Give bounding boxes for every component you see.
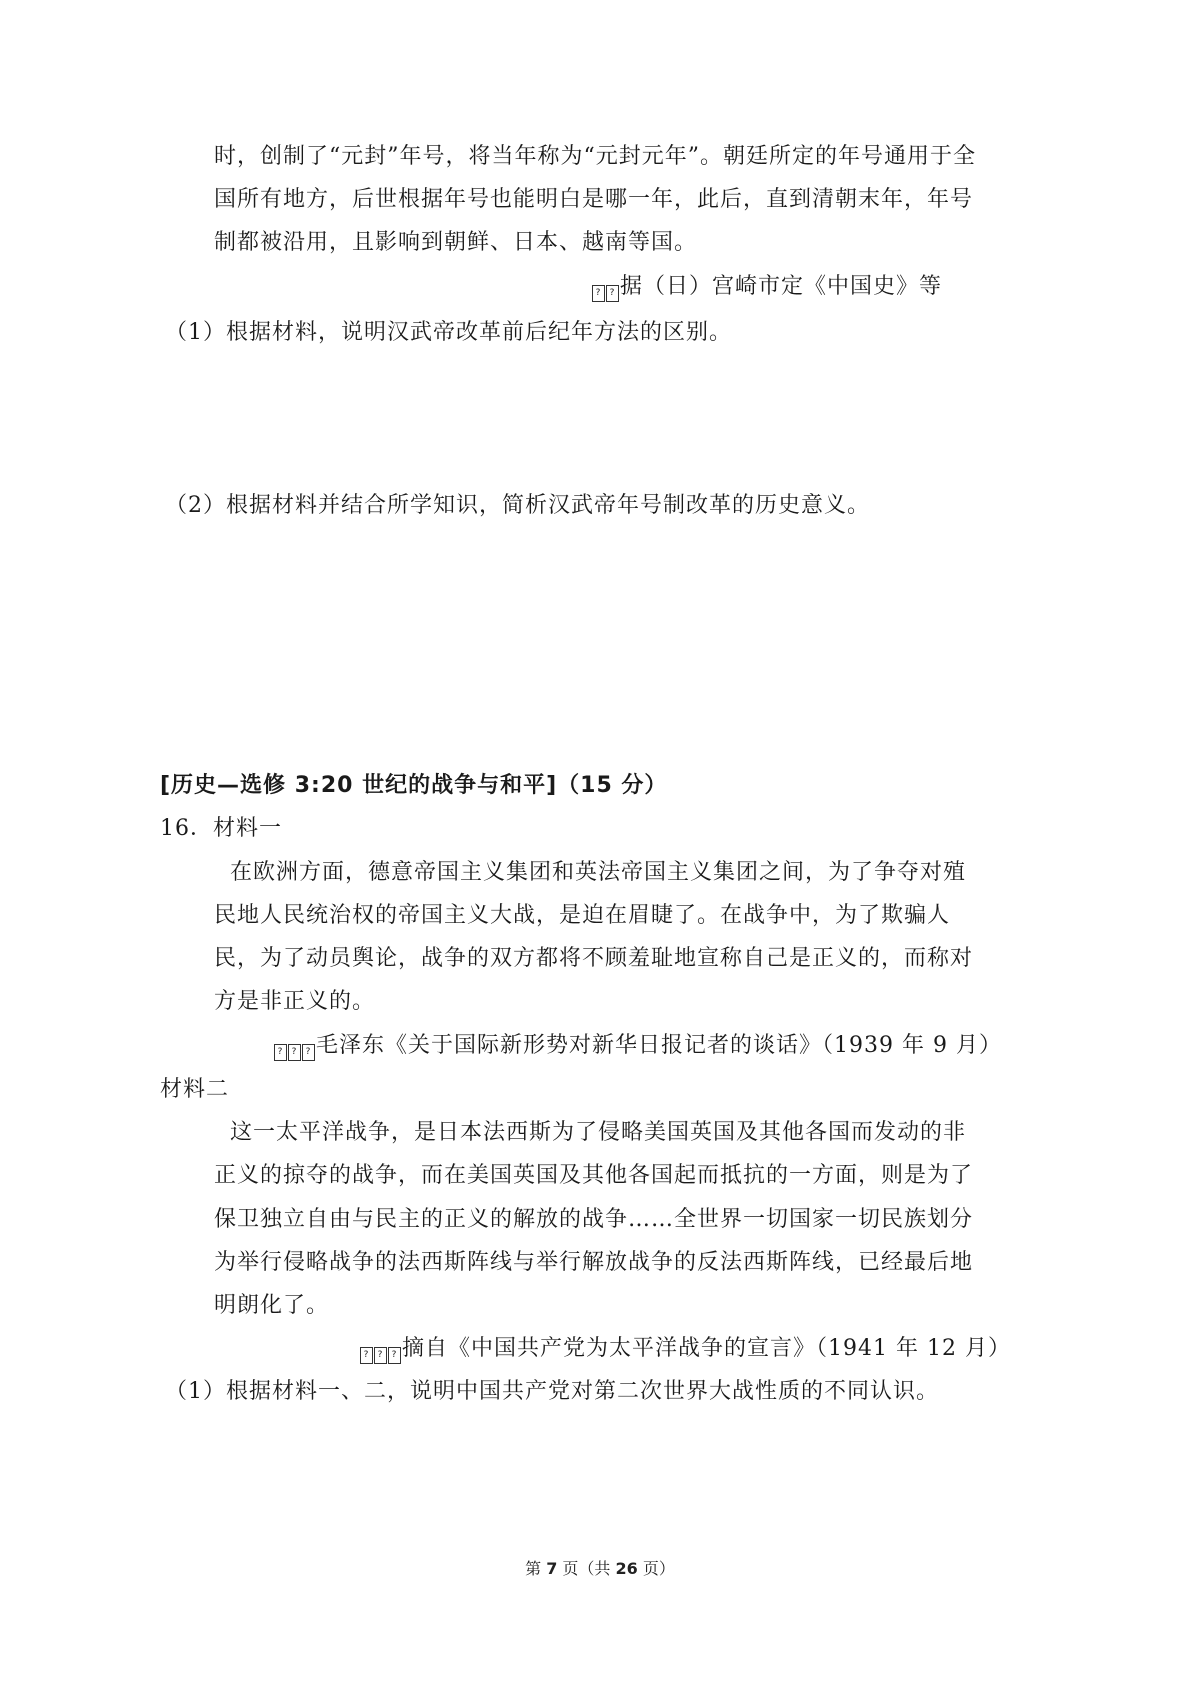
missing-glyph-icon: ? xyxy=(374,1347,387,1364)
missing-glyph-icon: ? xyxy=(274,1044,287,1061)
footer-text: 页（共 xyxy=(562,1559,610,1578)
material2-line: 为举行侵略战争的法西斯阵线与举行解放战争的反法西斯阵线，已经最后地 xyxy=(214,1248,973,1278)
material2-line: 这一太平洋战争，是日本法西斯为了侵略美国英国及其他各国而发动的非 xyxy=(230,1118,966,1148)
source-text: 据（日）宫崎市定《中国史》等 xyxy=(620,274,942,299)
missing-glyph-icon: ? xyxy=(388,1347,401,1364)
material2-line: 保卫独立自由与民主的正义的解放的战争……全世界一切国家一切民族划分 xyxy=(214,1205,973,1235)
missing-glyph-icon: ? xyxy=(606,285,619,302)
missing-glyph-icon: ? xyxy=(592,285,605,302)
material2-source: ???摘自《中国共产党为太平洋战争的宣言》（1941 年 12 月） xyxy=(360,1334,1011,1364)
material-line: 国所有地方，后世根据年号也能明白是哪一年，此后，直到清朝末年，年号 xyxy=(214,185,973,215)
material2-label: 材料二 xyxy=(160,1075,229,1105)
footer-text: 页） xyxy=(643,1559,675,1578)
material1-source: ???毛泽东《关于国际新形势对新华日报记者的谈话》（1939 年 9 月） xyxy=(274,1031,1002,1061)
material-line: 时，创制了“元封”年号，将当年称为“元封元年”。朝廷所定的年号通用于全 xyxy=(214,142,976,172)
page-footer: 第 7 页（共 26 页） xyxy=(0,1559,1200,1579)
missing-glyph-icon: ? xyxy=(288,1044,301,1061)
material1-line: 民，为了动员舆论，战争的双方都将不顾羞耻地宣称自己是正义的，而称对 xyxy=(214,944,973,974)
missing-glyph-icon: ? xyxy=(360,1347,373,1364)
material2-line: 正义的掠夺的战争，而在美国英国及其他各国起而抵抗的一方面，则是为了 xyxy=(214,1161,973,1191)
page-number: 7 xyxy=(546,1559,557,1578)
material1-line: 民地人民统治权的帝国主义大战，是迫在眉睫了。在战争中，为了欺骗人 xyxy=(214,901,950,931)
missing-glyph-icon: ? xyxy=(302,1044,315,1061)
question-16-1: （1）根据材料一、二，说明中国共产党对第二次世界大战性质的不同认识。 xyxy=(165,1377,939,1407)
question-15-1: （1）根据材料，说明汉武帝改革前后纪年方法的区别。 xyxy=(165,318,732,348)
footer-text: 第 xyxy=(525,1559,541,1578)
material1-line: 方是非正义的。 xyxy=(214,987,375,1017)
question-15-2: （2）根据材料并结合所学知识，简析汉武帝年号制改革的历史意义。 xyxy=(165,491,870,521)
source-text: 毛泽东《关于国际新形势对新华日报记者的谈话》（1939 年 9 月） xyxy=(316,1033,1002,1058)
section-heading: [历史—选修 3:20 世纪的战争与和平]（15 分） xyxy=(160,771,667,801)
total-pages: 26 xyxy=(616,1559,638,1578)
material-line: 制都被沿用，且影响到朝鲜、日本、越南等国。 xyxy=(214,228,697,258)
source-text: 摘自《中国共产党为太平洋战争的宣言》（1941 年 12 月） xyxy=(402,1336,1011,1361)
material1-line: 在欧洲方面，德意帝国主义集团和英法帝国主义集团之间，为了争夺对殖 xyxy=(230,858,966,888)
question-16-label: 16．材料一 xyxy=(160,814,282,844)
material-source: ??据（日）宫崎市定《中国史》等 xyxy=(592,272,942,302)
material2-line: 明朗化了。 xyxy=(214,1291,329,1321)
